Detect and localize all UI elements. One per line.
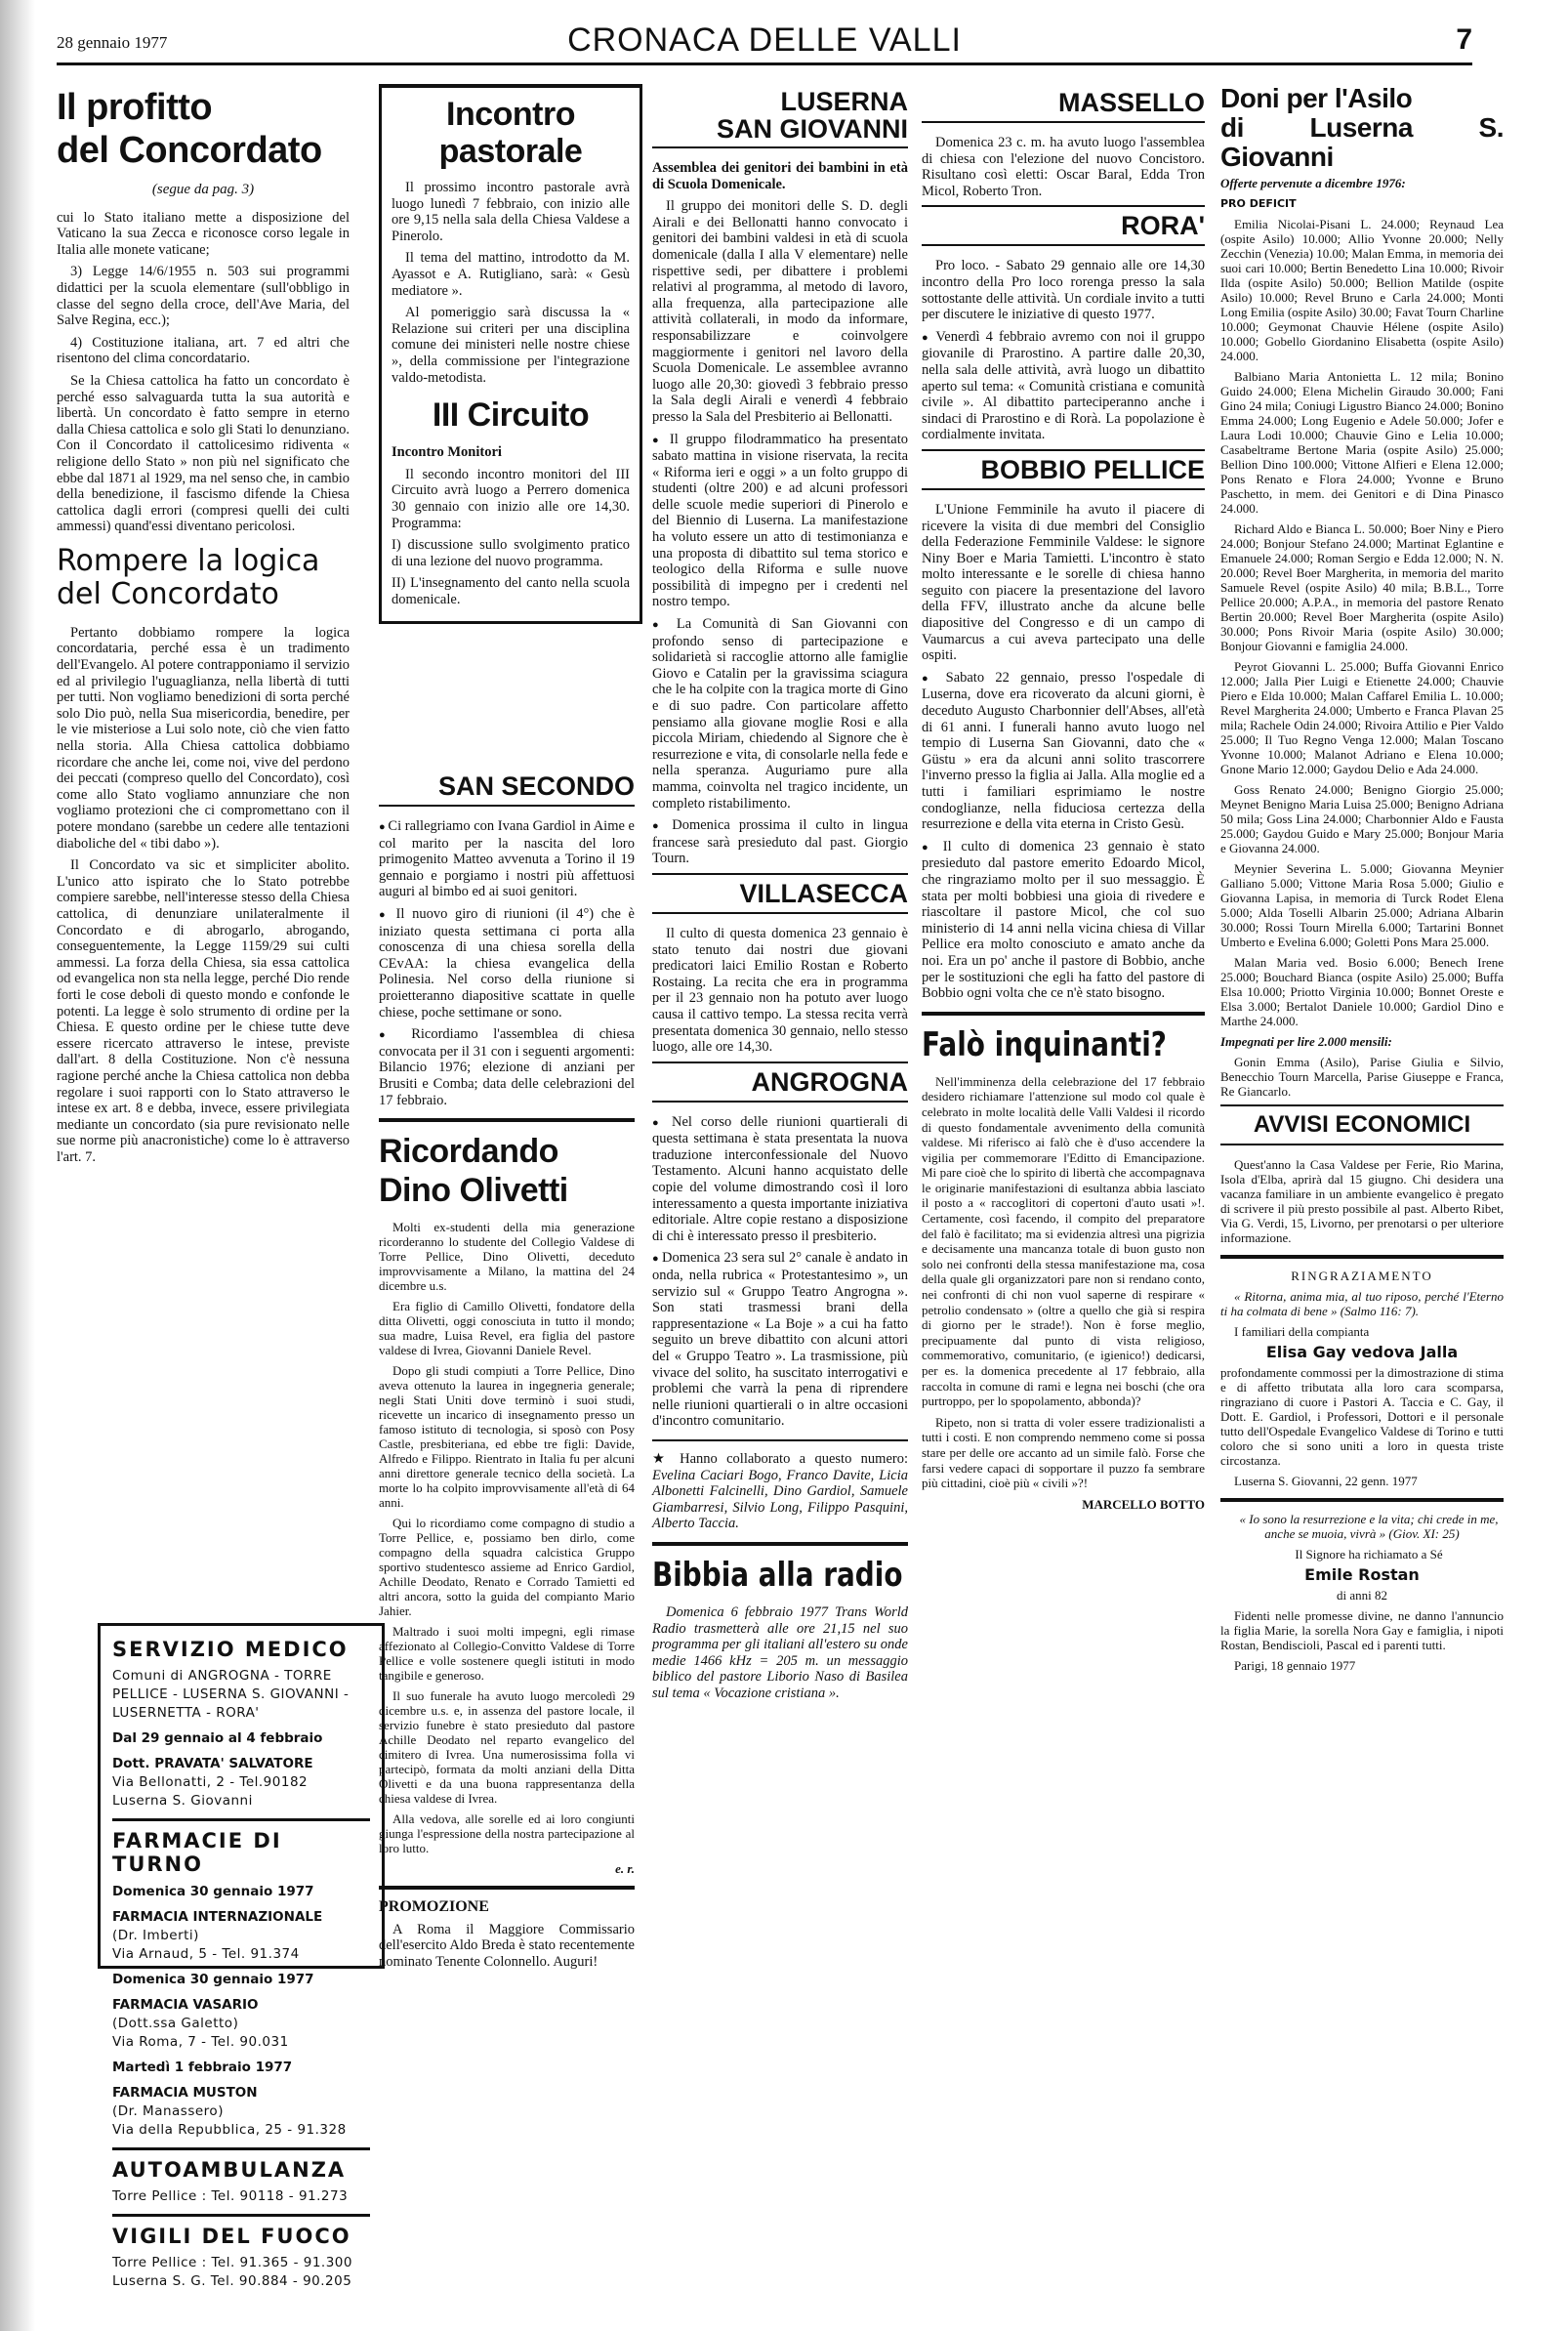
paragraph: Pro loco. - Sabato 29 gennaio alle ore 1…: [922, 258, 1205, 322]
pharmacy-entry: Martedì 1 febbraio 1977 FARMACIA MUSTON …: [112, 2058, 370, 2140]
doctor-name: Dott. PRAVATA' SALVATORE: [112, 1754, 370, 1773]
paragraph: Maltrado i suoi molti impegni, egli rima…: [379, 1624, 635, 1683]
section-subtitle: Rompere la logicadel Concordato: [57, 545, 350, 611]
section-title: AVVISI ECONOMICI: [1220, 1104, 1504, 1145]
donor-list: Richard Aldo e Bianca L. 50.000; Boer Ni…: [1220, 521, 1504, 653]
paragraph: Ripeto, non si tratta di voler essere tr…: [922, 1415, 1205, 1491]
news-item: Domenica prossima il culto in lingua fra…: [652, 817, 908, 867]
program-item: II) L'insegnamento del canto nella scuol…: [392, 575, 630, 607]
news-item: La Comunità di San Giovanni con profondo…: [652, 616, 908, 812]
masthead: 28 gennaio 1977 CRONACA DELLE VALLI 7: [57, 0, 1472, 65]
paragraph: Il Concordato va sic et simpliciter abol…: [57, 857, 350, 1165]
doctor-town: Luserna S. Giovanni: [112, 1792, 370, 1811]
paragraph: Molti ex-studenti della mia generazione …: [379, 1220, 635, 1293]
paragraph: Il secondo incontro monitori del III Cir…: [392, 467, 630, 531]
section-san-secondo: SAN SECONDO Ci rallegriamo con Ivana Gar…: [379, 768, 635, 1976]
divider: [112, 1818, 370, 1821]
category-label: PRO DEFICIT: [1220, 196, 1504, 211]
donor-list: Meynier Severina L. 5.000; Giovanna Meyn…: [1220, 861, 1504, 949]
pharmacy-date: Martedì 1 febbraio 1977: [112, 2058, 370, 2077]
lead-heading: Assemblea dei genitori dei bambini in et…: [652, 160, 908, 192]
news-item: Sabato 22 gennaio, presso l'ospedale di …: [922, 670, 1205, 833]
divider: [379, 1886, 635, 1890]
notice-lead: Il Signore ha richiamato a Sé: [1220, 1547, 1504, 1561]
service-dates: Dal 29 gennaio al 4 febbraio: [112, 1728, 370, 1748]
paragraph: A Roma il Maggiore Commissario dell'eser…: [379, 1922, 635, 1971]
notice-quote: « Ritorna, anima mia, al tuo riposo, per…: [1220, 1289, 1504, 1318]
collaborators-note: ★ Hanno collaborato a questo numero: Eve…: [652, 1451, 908, 1532]
pharmacy-name: FARMACIA VASARIO: [112, 1995, 370, 2015]
article-title: RicordandoDino Olivetti: [379, 1132, 635, 1210]
author-signature: MARCELLO BOTTO: [922, 1497, 1205, 1513]
donor-list: Goss Renato 24.000; Benigno Giorgio 25.0…: [1220, 782, 1504, 855]
paragraph: Pertanto dobbiamo rompere la logica conc…: [57, 625, 350, 852]
section-title: MASSELLO: [922, 84, 1205, 123]
monthly-donors: Gonin Emma (Asilo), Parise Giulia e Silv…: [1220, 1055, 1504, 1099]
place-date: Parigi, 18 gennaio 1977: [1220, 1658, 1504, 1673]
paragraph: Qui lo ricordiamo come compagno di studi…: [379, 1516, 635, 1618]
firefighters-phone: Luserna S. G. Tel. 90.884 - 90.205: [112, 2272, 370, 2291]
section-title: ANGROGNA: [652, 1061, 908, 1103]
paragraph: Il gruppo dei monitori delle S. D. degli…: [652, 198, 908, 425]
divider: [379, 1118, 635, 1122]
pharmacy-address: Via Arnaud, 5 - Tel. 91.374: [112, 1945, 370, 1964]
paragraph: Il tema del mattino, introdotto da M. Ay…: [392, 250, 630, 299]
scan-edge: [0, 0, 35, 2331]
author-initials: e. r.: [379, 1861, 635, 1876]
deceased-name: Emile Rostan: [1220, 1567, 1504, 1582]
pharmacy-entry: Domenica 30 gennaio 1977 FARMACIA INTERN…: [112, 1882, 370, 1964]
divider: [112, 2214, 370, 2217]
paragraph: Il suo funerale ha avuto luogo mercoledì…: [379, 1688, 635, 1806]
news-item: Domenica 23 sera sul 2° canale è andato …: [652, 1250, 908, 1430]
deceased-name: Elisa Gay vedova Jalla: [1220, 1345, 1504, 1359]
notice-lead: I familiari della compianta: [1220, 1324, 1504, 1339]
pharmacy-entry: Domenica 30 gennaio 1977 FARMACIA VASARI…: [112, 1970, 370, 2052]
divider: [112, 2147, 370, 2150]
deceased-age: di anni 82: [1220, 1588, 1504, 1603]
place-date: Luserna S. Giovanni, 22 genn. 1977: [1220, 1474, 1504, 1488]
donor-list: Emilia Nicolai-Pisani L. 24.000; Reynaud…: [1220, 217, 1504, 363]
article-doni-asilo: Doni per l'Asilodi Luserna S. Giovanni O…: [1220, 84, 1504, 1679]
paragraph: Fidenti nelle promesse divine, ne danno …: [1220, 1608, 1504, 1652]
news-item: Ci rallegriamo con Ivana Gardiol in Aime…: [379, 818, 635, 900]
page-number: 7: [1456, 23, 1472, 57]
article-title: Doni per l'Asilodi Luserna S. Giovanni: [1220, 84, 1504, 172]
circuito-title: III Circuito: [392, 395, 630, 435]
divider: [922, 1012, 1205, 1016]
continued-note: (segue da pag. 3): [57, 182, 350, 198]
section-title: VILLASECCA: [652, 873, 908, 914]
news-item: Venerdì 4 febbraio avremo con noi il gru…: [922, 329, 1205, 443]
paragraph: Era figlio di Camillo Olivetti, fondator…: [379, 1299, 635, 1357]
monthly-label: Impegnati per lire 2.000 mensili:: [1220, 1034, 1504, 1049]
comuni-list: Comuni di ANGROGNA - TORRE PELLICE - LUS…: [112, 1667, 370, 1723]
paragraph: Alla vedova, alle sorelle ed ai loro con…: [379, 1811, 635, 1855]
paragraph: cui lo Stato italiano mette a disposizio…: [57, 210, 350, 259]
article-title: Falò inquinanti?: [922, 1025, 1154, 1064]
ambulance-phone: Torre Pellice : Tel. 90118 - 91.273: [112, 2187, 370, 2206]
news-item: Il gruppo filodrammatico ha presentato s…: [652, 432, 908, 611]
paragraph: profondamente commossi per la dimostrazi…: [1220, 1365, 1504, 1468]
doctor-address: Via Bellonatti, 2 - Tel.90182: [112, 1773, 370, 1792]
paragraph: Dopo gli studi compiuti a Torre Pellice,…: [379, 1363, 635, 1510]
paragraph: Il culto di questa domenica 23 gennaio è…: [652, 926, 908, 1056]
article-concordato: Il profittodel Concordato (segue da pag.…: [57, 86, 350, 1171]
paragraph: Il prossimo incontro pastorale avrà luog…: [392, 180, 630, 244]
article-title: Il profittodel Concordato: [57, 86, 350, 172]
donor-list: Balbiano Maria Antonietta L. 12 mila; Bo…: [1220, 369, 1504, 516]
news-item: Il culto di domenica 23 gennaio è stato …: [922, 839, 1205, 1002]
section-title: LUSERNASAN GIOVANNI: [652, 84, 908, 148]
section-title: RORA': [922, 205, 1205, 246]
star-icon: ★: [652, 1451, 671, 1467]
pharmacy-doctor: (Dott.ssa Galetto): [112, 2015, 370, 2033]
paragraph: Nell'imminenza della celebrazione del 17…: [922, 1074, 1205, 1409]
box-title: AUTOAMBULANZA: [112, 2158, 370, 2182]
box-title: FARMACIE DI TURNO: [112, 1829, 370, 1876]
pharmacy-date: Domenica 30 gennaio 1977: [112, 1882, 370, 1901]
program-item: I) discussione sullo svolgimento pratico…: [392, 537, 630, 569]
box-title: SERVIZIO MEDICO: [112, 1638, 370, 1661]
newspaper-title: CRONACA DELLE VALLI: [57, 21, 1472, 60]
news-item: Nel corso delle riunioni quartierali di …: [652, 1114, 908, 1245]
notice-title: RINGRAZIAMENTO: [1220, 1269, 1504, 1283]
article-title: Bibbia alla radio: [652, 1556, 862, 1595]
pharmacy-date: Domenica 30 gennaio 1977: [112, 1970, 370, 1989]
pharmacy-doctor: (Dr. Imberti): [112, 1927, 370, 1945]
pharmacy-name: FARMACIA MUSTON: [112, 2083, 370, 2102]
paragraph: Al pomeriggio sarà discussa la « Relazio…: [392, 305, 630, 386]
intro-line: Offerte pervenute a dicembre 1976:: [1220, 176, 1504, 190]
paragraph: Domenica 6 febbraio 1977 Trans World Rad…: [652, 1604, 908, 1702]
promozione-title: PROMOZIONE: [379, 1899, 635, 1916]
divider: [652, 1542, 908, 1546]
paragraph: 3) Legge 14/6/1955 n. 503 sui programmi …: [57, 264, 350, 328]
paragraph: Domenica 23 c. m. ha avuto luogo l'assem…: [922, 135, 1205, 199]
emergency-services-box: SERVIZIO MEDICO Comuni di ANGROGNA - TOR…: [98, 1623, 385, 1969]
pharmacy-address: Via Roma, 7 - Tel. 90.031: [112, 2033, 370, 2052]
paragraph: L'Unione Femminile ha avuto il piacere d…: [922, 502, 1205, 664]
circuito-subtitle: Incontro Monitori: [392, 444, 630, 461]
news-item: Il nuovo giro di riunioni (il 4°) che è …: [379, 906, 635, 1020]
box-title: VIGILI DEL FUOCO: [112, 2225, 370, 2248]
pharmacy-address: Via della Repubblica, 25 - 91.328: [112, 2121, 370, 2140]
paragraph: Se la Chiesa cattolica ha fatto un conco…: [57, 373, 350, 535]
divider: [1220, 1498, 1504, 1502]
divider: [1220, 1255, 1504, 1259]
article-incontro-pastorale: Incontropastorale Il prossimo incontro p…: [379, 84, 642, 624]
pharmacy-doctor: (Dr. Manassero): [112, 2102, 370, 2121]
paragraph: Quest'anno la Casa Valdese per Ferie, Ri…: [1220, 1157, 1504, 1245]
donor-list: Malan Maria ved. Bosio 6.000; Benech Ire…: [1220, 955, 1504, 1028]
pharmacy-name: FARMACIA INTERNAZIONALE: [112, 1907, 370, 1927]
section-title: BOBBIO PELLICE: [922, 449, 1205, 490]
notice-quote: « Io sono la resurrezione e la vita; chi…: [1220, 1512, 1504, 1541]
paragraph: 4) Costituzione italiana, art. 7 ed altr…: [57, 335, 350, 367]
divider: [652, 1439, 908, 1441]
donor-list: Peyrot Giovanni L. 25.000; Buffa Giovann…: [1220, 659, 1504, 776]
section-massello: MASSELLO Domenica 23 c. m. ha avuto luog…: [922, 84, 1205, 1512]
section-title: SAN SECONDO: [379, 768, 635, 807]
section-luserna: LUSERNASAN GIOVANNI Assemblea dei genito…: [652, 84, 908, 1708]
article-title: Incontropastorale: [392, 96, 630, 170]
news-item: Ricordiamo l'assemblea di chiesa convoca…: [379, 1026, 635, 1108]
firefighters-phone: Torre Pellice : Tel. 91.365 - 91.300: [112, 2254, 370, 2272]
